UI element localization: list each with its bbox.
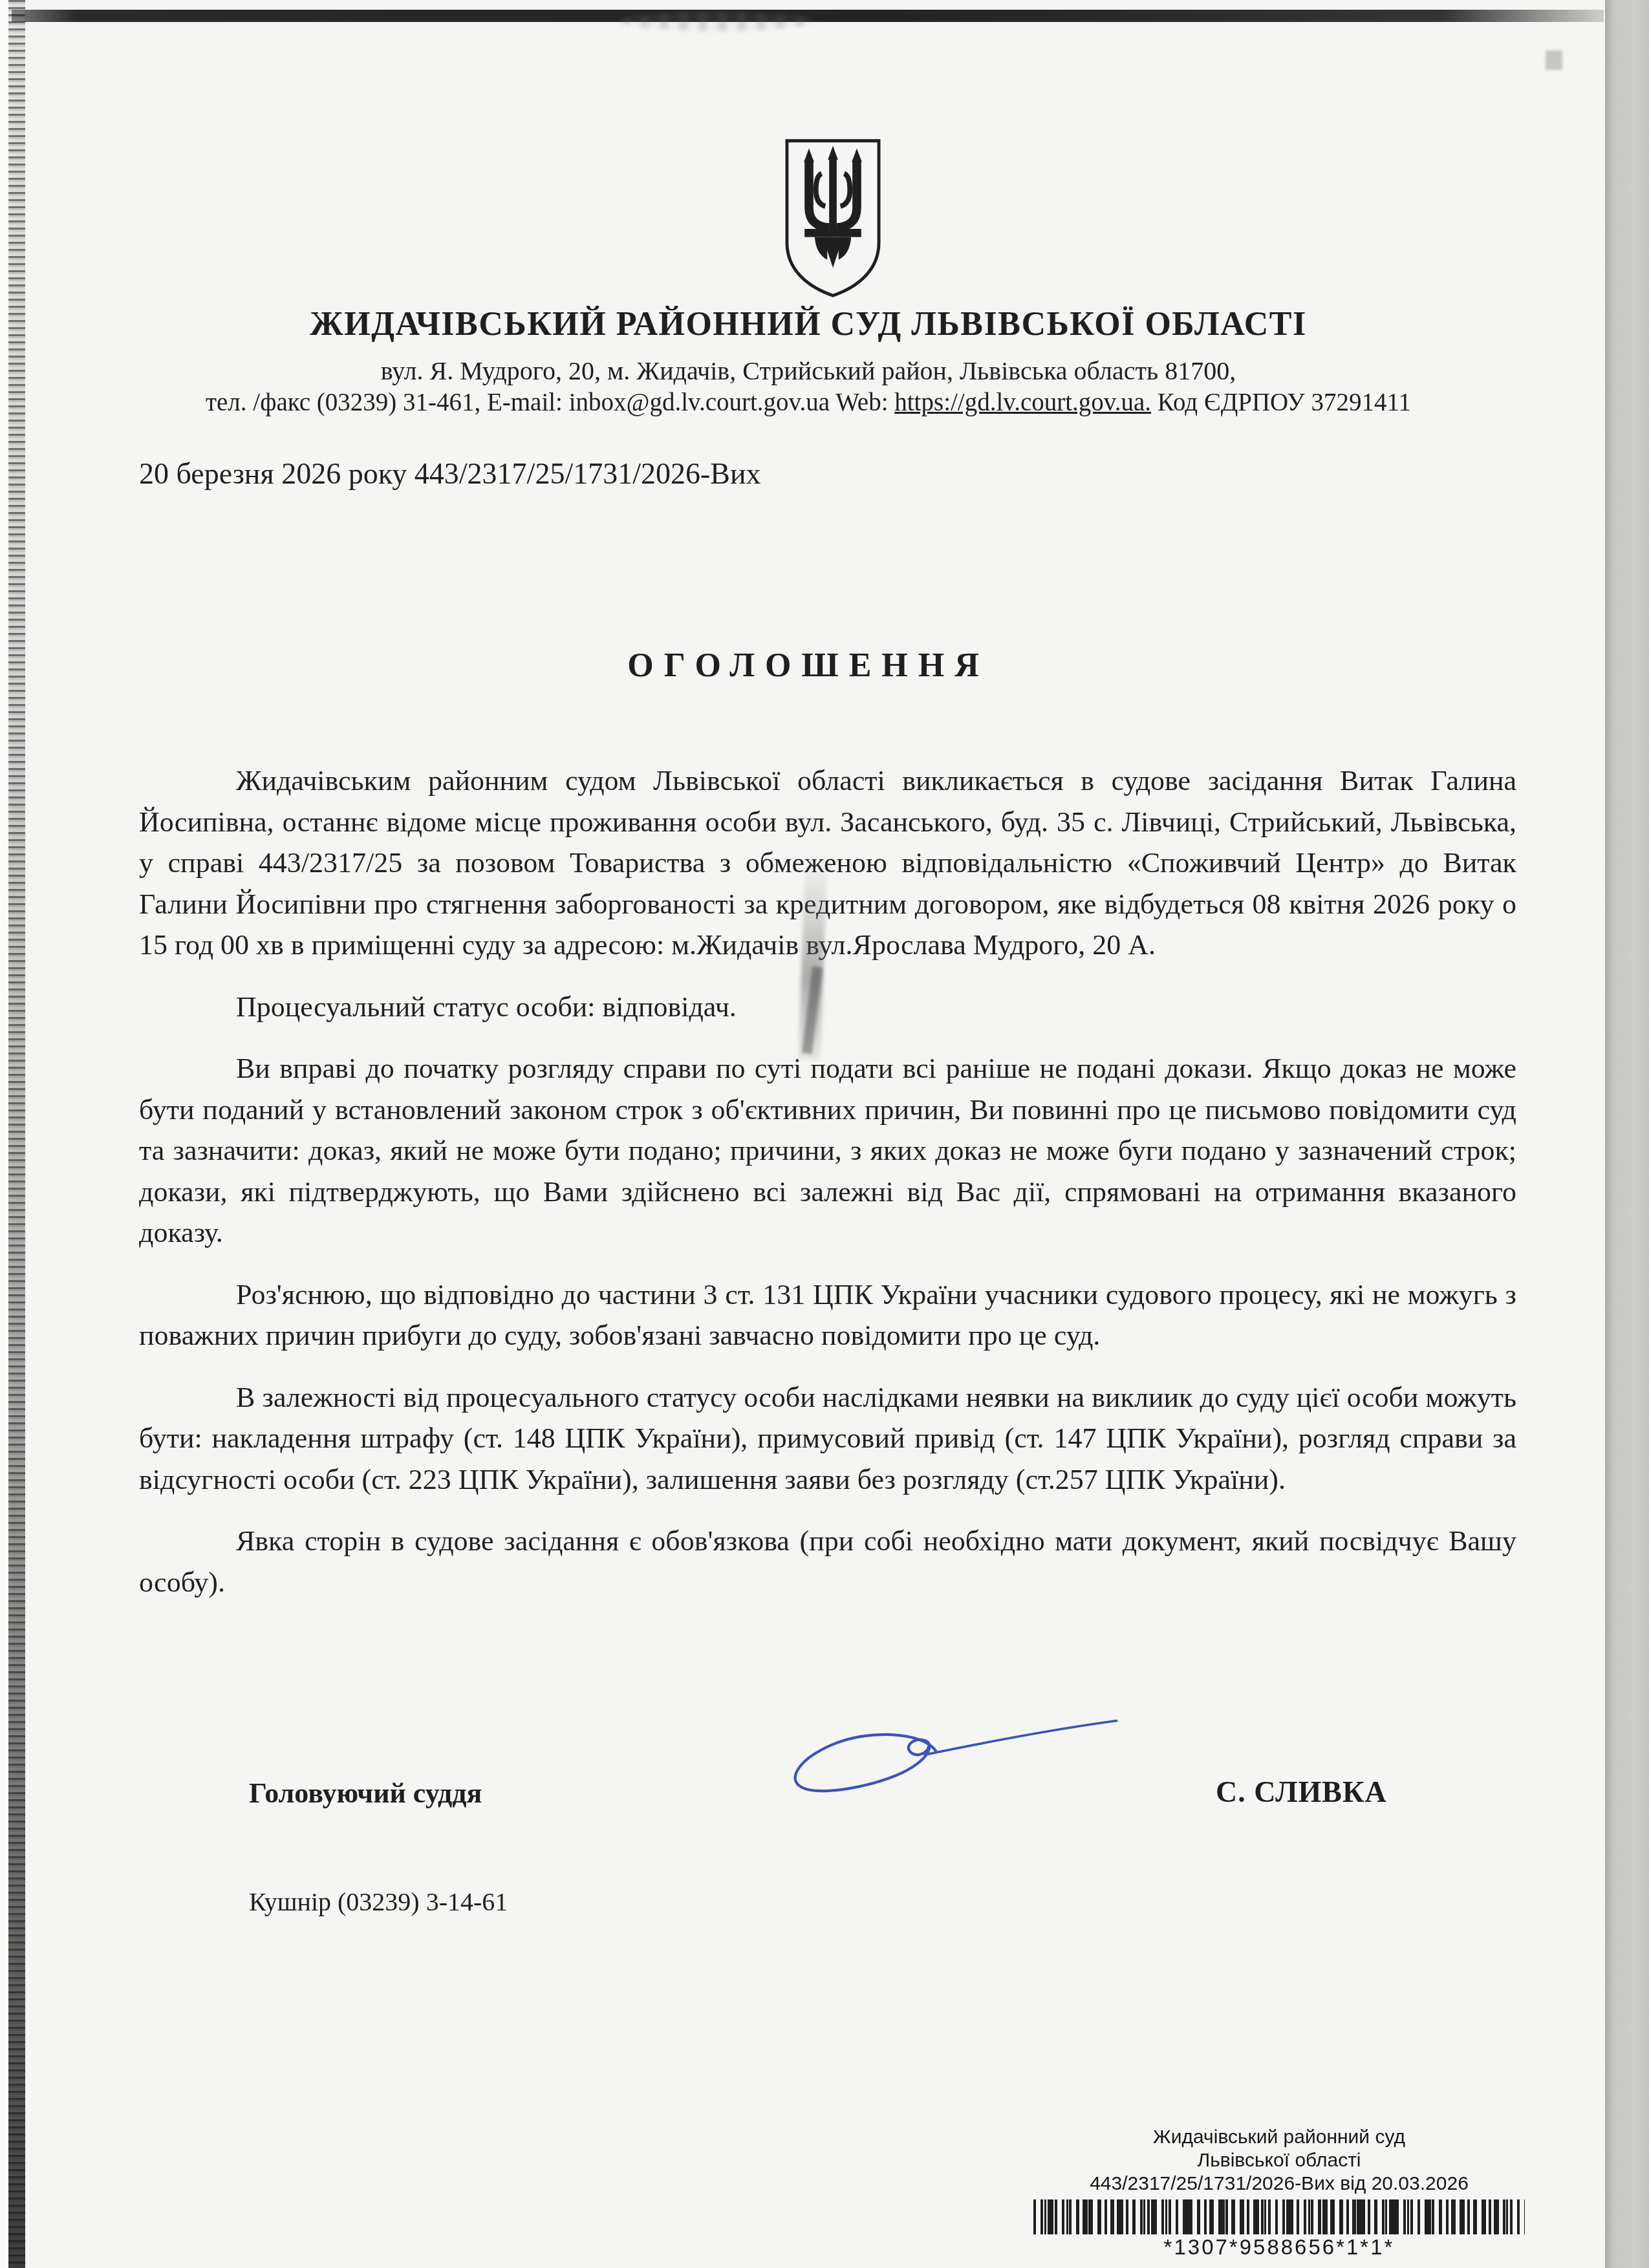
contact-prefix: тел. /факс (03239) 31-461, E-mail: inbox… bbox=[206, 389, 894, 416]
stamp-court-line2: Львівської області bbox=[1027, 2149, 1531, 2172]
paragraph-article-131: Роз'яснюю, що відповідно до частини 3 ст… bbox=[139, 1274, 1516, 1356]
court-contact-line: тел. /факс (03239) 31-461, E-mail: inbox… bbox=[12, 388, 1605, 417]
paragraph-evidence: Ви вправі до початку розгляду справи по … bbox=[139, 1048, 1516, 1254]
scan-right-background-band bbox=[1605, 0, 1649, 2268]
scan-mark-artifact bbox=[1546, 50, 1562, 70]
ukraine-trident-shield-icon bbox=[778, 134, 888, 323]
document-page: ЖИДАЧІВСЬКИЙ РАЙОННИЙ СУД ЛЬВІВСЬКОЇ ОБЛ… bbox=[12, 0, 1605, 2268]
contact-suffix: Код ЄДРПОУ 37291411 bbox=[1151, 389, 1411, 416]
scan-smudge-artifact bbox=[621, 12, 815, 31]
scan-left-edge-noise bbox=[8, 0, 25, 2268]
code39-barcode-icon bbox=[1033, 2199, 1525, 2234]
paragraph-attendance: Явка сторін в судове засідання є обов'яз… bbox=[139, 1521, 1516, 1603]
barcode-value: *1307*9588656*1*1* bbox=[1027, 2236, 1531, 2259]
document-title: ОГОЛОШЕННЯ bbox=[12, 647, 1605, 685]
paragraph-status: Процесуальний статус особи: відповідач. bbox=[139, 987, 1516, 1028]
scanned-court-notice: ЖИДАЧІВСЬКИЙ РАЙОННИЙ СУД ЛЬВІВСЬКОЇ ОБЛ… bbox=[0, 0, 1649, 2268]
judge-signature-icon bbox=[726, 1715, 1121, 1818]
stamp-court-line1: Жидачівський районний суд bbox=[1027, 2126, 1531, 2149]
court-name-heading: ЖИДАЧІВСЬКИЙ РАЙОННИЙ СУД ЛЬВІВСЬКОЇ ОБЛ… bbox=[12, 305, 1605, 343]
stamp-reference-line: 443/2317/25/1731/2026-Вих від 20.03.2026 bbox=[1027, 2172, 1531, 2196]
court-address-line: вул. Я. Мудрого, 20, м. Жидачів, Стрийсь… bbox=[12, 356, 1605, 386]
paragraph-consequences: В залежності від процесуального статусу … bbox=[139, 1377, 1516, 1501]
date-and-reference-line: 20 березня 2026 року 443/2317/25/1731/20… bbox=[139, 456, 761, 491]
judge-name: С. СЛИВКА bbox=[1216, 1775, 1387, 1809]
paragraph-summons: Жидачівським районним судом Львівської о… bbox=[139, 760, 1516, 966]
court-website-url: https://gd.lv.court.gov.ua. bbox=[894, 389, 1151, 416]
judge-role-label: Головуючий суддя bbox=[249, 1777, 482, 1810]
notice-body: Жидачівським районним судом Львівської о… bbox=[139, 760, 1516, 1623]
clerk-contact-line: Кушнір (03239) 3-14-61 bbox=[249, 1887, 508, 1917]
registration-stamp: Жидачівський районний суд Львівської обл… bbox=[1027, 2126, 1531, 2259]
